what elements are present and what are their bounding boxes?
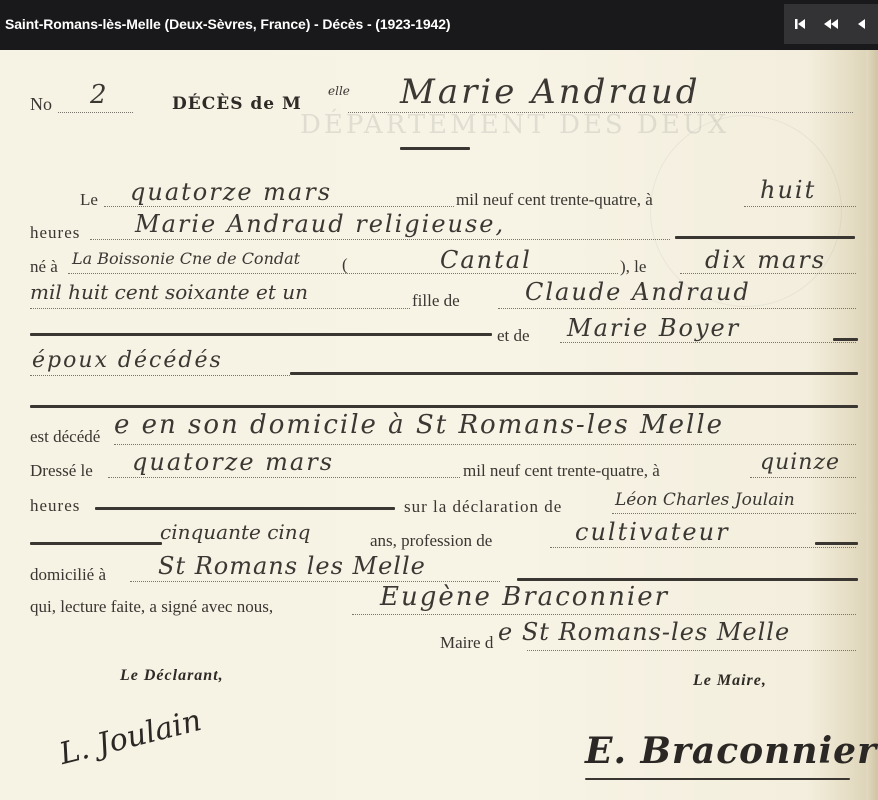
declarant-name: Léon Charles Joulain <box>615 490 795 510</box>
rule <box>30 375 290 376</box>
name-occupation: Marie Andraud religieuse, <box>135 210 505 238</box>
rule <box>352 614 856 615</box>
label-fille-de: fille de <box>412 291 460 311</box>
label-paren: ( <box>342 255 348 275</box>
label-le-2: ), le <box>620 257 646 277</box>
rule <box>550 547 856 548</box>
rule <box>58 112 133 113</box>
mother-name: Marie Boyer <box>567 314 740 342</box>
label-maire-de: Maire d <box>440 633 493 653</box>
label-qui-lecture: qui, lecture faite, a signé avec nous, <box>30 597 273 617</box>
rule <box>527 650 856 651</box>
rule <box>290 372 858 375</box>
label-declaration: sur la déclaration de <box>404 497 562 517</box>
rule <box>560 342 856 343</box>
page-navigation <box>784 4 878 44</box>
label-year: mil neuf cent trente-quatre, à <box>456 190 653 210</box>
death-hour: huit <box>760 176 816 204</box>
rule <box>90 239 670 240</box>
father-name: Claude Andraud <box>525 278 751 306</box>
page-edge <box>866 50 878 800</box>
record-date: quatorze mars <box>132 448 334 476</box>
rule <box>108 477 460 478</box>
declarant-profession: cultivateur <box>575 518 730 546</box>
rule <box>750 477 856 478</box>
rewind-icon <box>823 18 839 30</box>
record-hour: quinze <box>760 450 840 475</box>
label-ne-a: né à <box>30 257 58 277</box>
rule <box>30 308 410 309</box>
birth-year: mil huit cent soixante et un <box>30 280 308 304</box>
declarant-signature: L. Joulain <box>56 703 205 772</box>
rule <box>104 206 454 207</box>
label-est-decede: est décédé <box>30 427 100 447</box>
rule <box>348 112 853 113</box>
label-domicilie: domicilié à <box>30 565 106 585</box>
label-profession: ans, profession de <box>370 531 492 551</box>
label-dresse-le: Dressé le <box>30 461 93 481</box>
rule <box>612 513 856 514</box>
previous-page-button[interactable] <box>846 4 877 44</box>
mayor-name: Eugène Braconnier <box>380 582 669 612</box>
rule <box>114 444 856 445</box>
rule <box>30 405 858 408</box>
label-et-de: et de <box>497 326 530 346</box>
rule <box>30 333 492 336</box>
birth-department: Cantal <box>440 246 532 274</box>
record-heading: DÉCÈS de M <box>172 94 302 114</box>
rule <box>815 542 858 545</box>
commune-name: e St Romans-les Melle <box>498 618 790 646</box>
declarant-age: cinquante cinq <box>160 520 310 544</box>
birthplace: La Boissonie Cne de Condat <box>72 249 300 268</box>
deceased-name: Marie Andraud <box>400 72 701 112</box>
heading-superscript: elle <box>328 84 350 98</box>
rule <box>498 308 856 309</box>
declarant-label: Le Déclarant, <box>120 667 224 685</box>
rule <box>833 338 858 341</box>
death-date: quatorze mars <box>130 178 332 206</box>
rule <box>517 578 858 581</box>
rule <box>744 206 856 207</box>
number-label: No <box>30 94 52 115</box>
rule <box>400 147 470 150</box>
death-record-scan: DÉPARTEMENT DES DEUX No 2 DÉCÈS de M ell… <box>0 50 878 800</box>
skip-to-first-icon <box>794 18 806 30</box>
label-le: Le <box>80 190 98 210</box>
bleed-through-text: DÉPARTEMENT DES DEUX <box>300 110 729 140</box>
birth-date: dix mars <box>705 246 826 274</box>
rule <box>30 542 162 545</box>
document-title: Saint-Romans-lès-Melle (Deux-Sèvres, Fra… <box>5 16 450 32</box>
signature-underline <box>585 778 850 780</box>
rule <box>95 507 395 510</box>
previous-icon <box>857 18 867 30</box>
first-page-button[interactable] <box>784 4 815 44</box>
viewer-header: Saint-Romans-lès-Melle (Deux-Sèvres, Fra… <box>0 0 878 50</box>
parents-status: époux décédés <box>32 348 223 373</box>
label-heures: heures <box>30 223 80 243</box>
mayor-signature: E. Braconnier <box>585 730 877 772</box>
declarant-domicile: St Romans les Melle <box>158 552 426 580</box>
rewind-button[interactable] <box>815 4 846 44</box>
death-place: e en son domicile à St Romans-les Melle <box>114 410 724 440</box>
mayor-label: Le Maire, <box>693 672 767 690</box>
record-number: 2 <box>90 80 109 110</box>
label-year-2: mil neuf cent trente-quatre, à <box>463 461 660 481</box>
rule <box>675 236 855 239</box>
label-heures-2: heures <box>30 496 80 516</box>
